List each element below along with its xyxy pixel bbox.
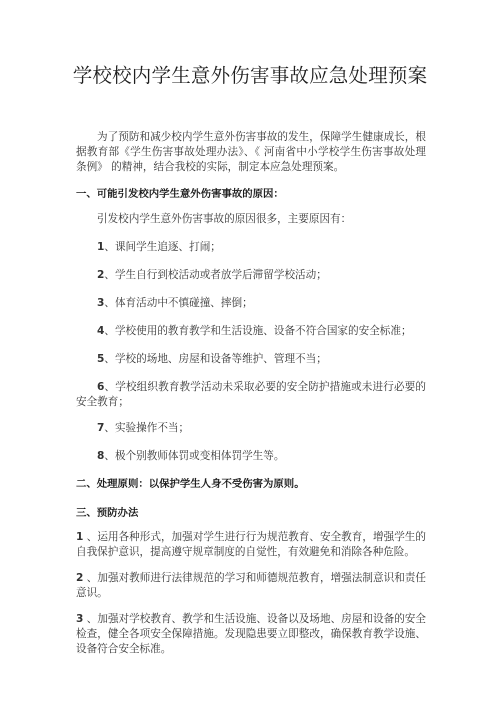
- section-3-item: 3 、加强对学校教育、教学和生活设施、设备以及场地、房屋和设备的安全检查，健全各…: [76, 612, 426, 657]
- section-1-item: 8、极个别教师体罚或变相体罚学生等。: [76, 449, 426, 464]
- section-1-item: 7、实验操作不当；: [76, 421, 426, 436]
- section-1-heading: 一、可能引发校内学生意外伤害事故的原因：: [76, 187, 426, 202]
- section-3-item: 2 、加强对教师进行法律规范的学习和师德规范教育，增强法制意识和责任意识。: [76, 571, 426, 601]
- document-page: 学校校内学生意外伤害事故应急处理预案 为了预防和减少校内学生意外伤害事故的发生，…: [0, 0, 500, 707]
- section-1-item: 3、体育活动中不慎碰撞、摔倒；: [76, 296, 426, 311]
- section-1-item: 5、学校的场地、房屋和设备等维护、管理不当；: [76, 352, 426, 367]
- document-title: 学校校内学生意外伤害事故应急处理预案: [0, 63, 500, 89]
- section-1-item: 4、学校使用的教育教学和生活设施、设备不符合国家的安全标准；: [76, 324, 426, 339]
- section-1-item: 6、学校组织教育教学活动未采取必要的安全防护措施或未进行必要的安全教育；: [76, 380, 426, 410]
- section-1-lead: 引发校内学生意外伤害事故的原因很多，主要原因有：: [76, 212, 426, 227]
- intro-paragraph: 为了预防和减少校内学生意外伤害事故的发生，保障学生健康成长，根据教育部《学生伤害…: [76, 130, 426, 175]
- section-1-item: 1、课间学生追逐、打闹；: [76, 240, 426, 255]
- section-2-heading: 二、处理原则：以保护学生人身不受伤害为原则。: [76, 477, 426, 492]
- section-3-heading: 三、预防办法: [76, 506, 426, 521]
- section-1-item: 2、学生自行到校活动或者放学后滞留学校活动；: [76, 268, 426, 283]
- section-3-item: 1 、运用各种形式，加强对学生进行行为规范教育、安全教育，增强学生的自我保护意识…: [76, 530, 426, 560]
